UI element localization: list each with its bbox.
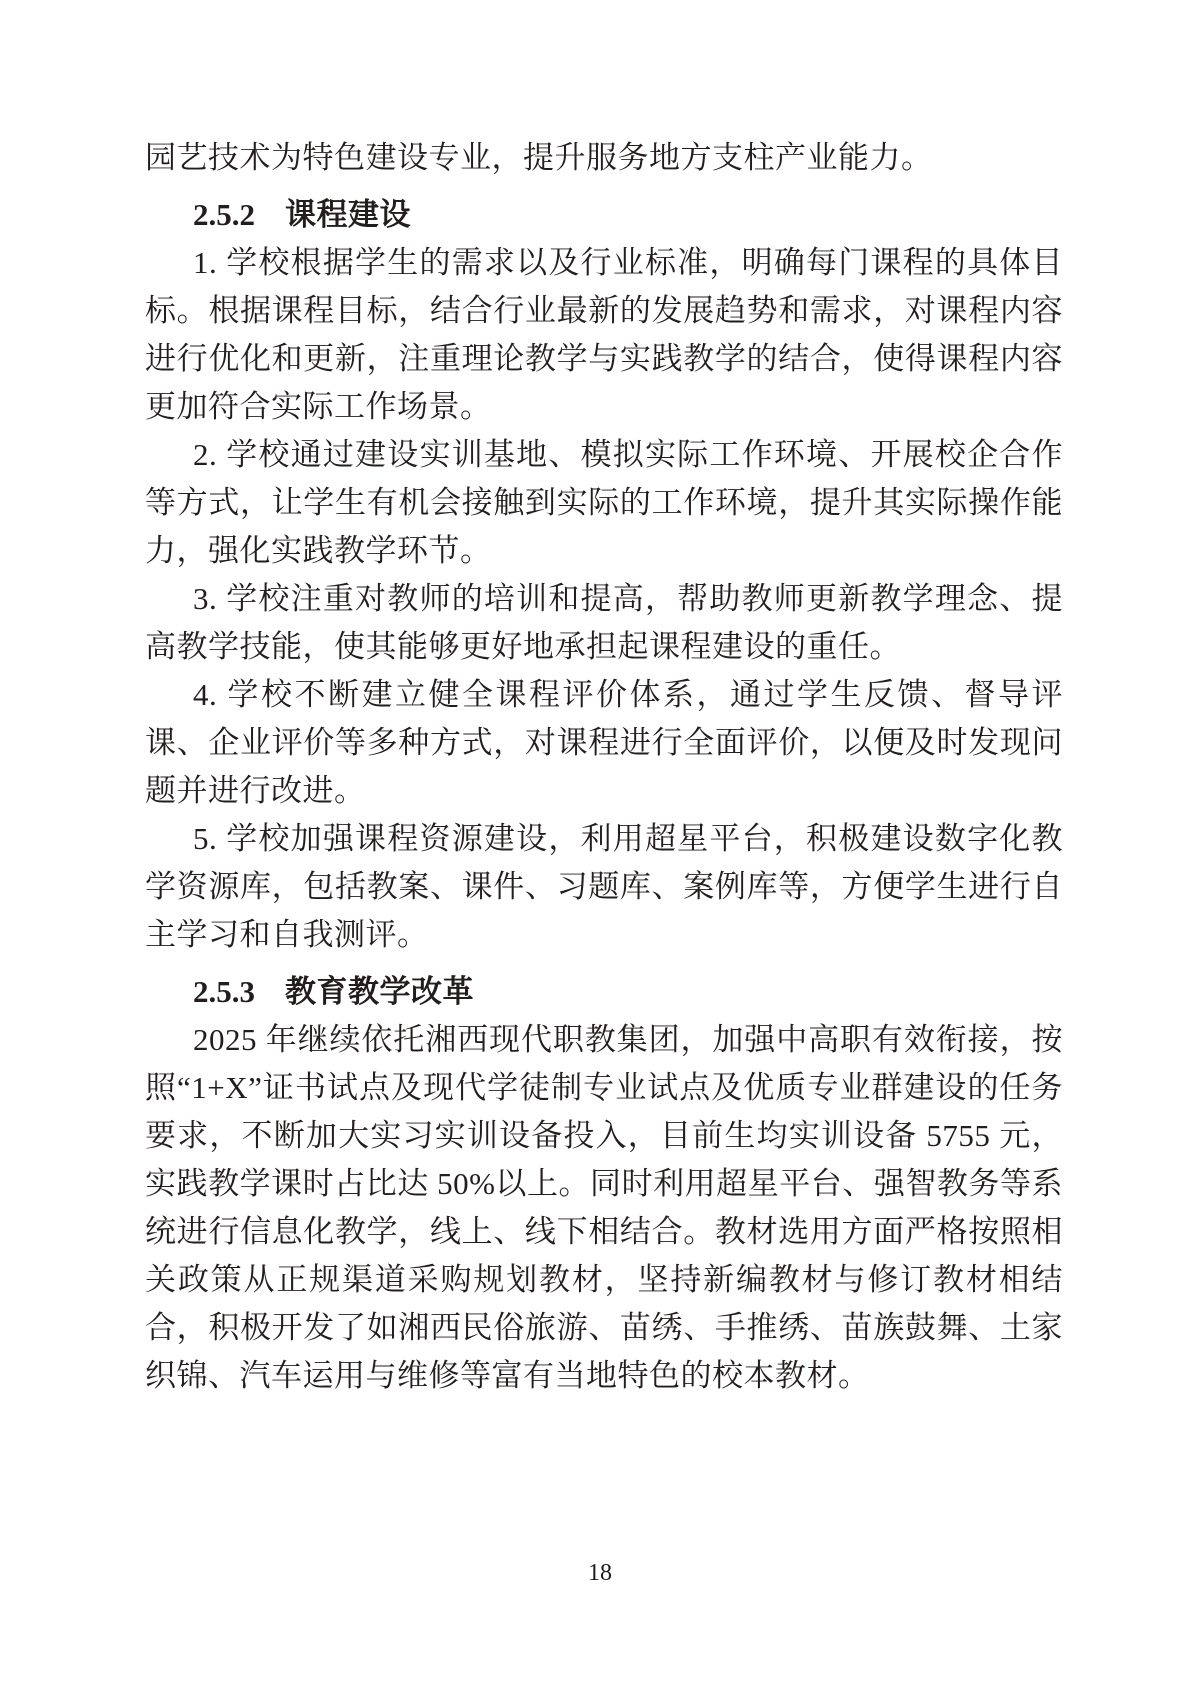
intro-continuation-paragraph: 园艺技术为特色建设专业，提升服务地方支柱产业能力。 [145, 134, 1063, 182]
body-paragraph-1: 1. 学校根据学生的需求以及行业标准，明确每门课程的具体目标。根据课程目标，结合… [145, 239, 1063, 431]
page-number: 18 [588, 1560, 612, 1586]
section-heading-title: 课程建设 [285, 197, 411, 232]
body-paragraph-6: 2025 年继续依托湘西现代职教集团，加强中高职有效衔接，按照“1+X”证书试点… [145, 1016, 1063, 1400]
section-heading-title: 教育教学改革 [285, 974, 474, 1009]
section-heading-number: 2.5.3 [193, 974, 255, 1009]
document-body: 园艺技术为特色建设专业，提升服务地方支柱产业能力。 2.5.2课程建设 1. 学… [145, 134, 1063, 1400]
section-heading-2-5-3: 2.5.3教育教学改革 [145, 968, 1063, 1016]
page-footer: 18 [0, 1558, 1200, 1588]
document-page: 园艺技术为特色建设专业，提升服务地方支柱产业能力。 2.5.2课程建设 1. 学… [0, 0, 1200, 1697]
body-paragraph-4: 4. 学校不断建立健全课程评价体系，通过学生反馈、督导评课、企业评价等多种方式，… [145, 671, 1063, 815]
body-paragraph-2: 2. 学校通过建设实训基地、模拟实际工作环境、开展校企合作等方式，让学生有机会接… [145, 431, 1063, 575]
section-heading-2-5-2: 2.5.2课程建设 [145, 191, 1063, 239]
body-paragraph-3: 3. 学校注重对教师的培训和提高，帮助教师更新教学理念、提高教学技能，使其能够更… [145, 575, 1063, 671]
section-heading-number: 2.5.2 [193, 197, 255, 232]
body-paragraph-5: 5. 学校加强课程资源建设，利用超星平台，积极建设数字化教学资源库，包括教案、课… [145, 815, 1063, 959]
